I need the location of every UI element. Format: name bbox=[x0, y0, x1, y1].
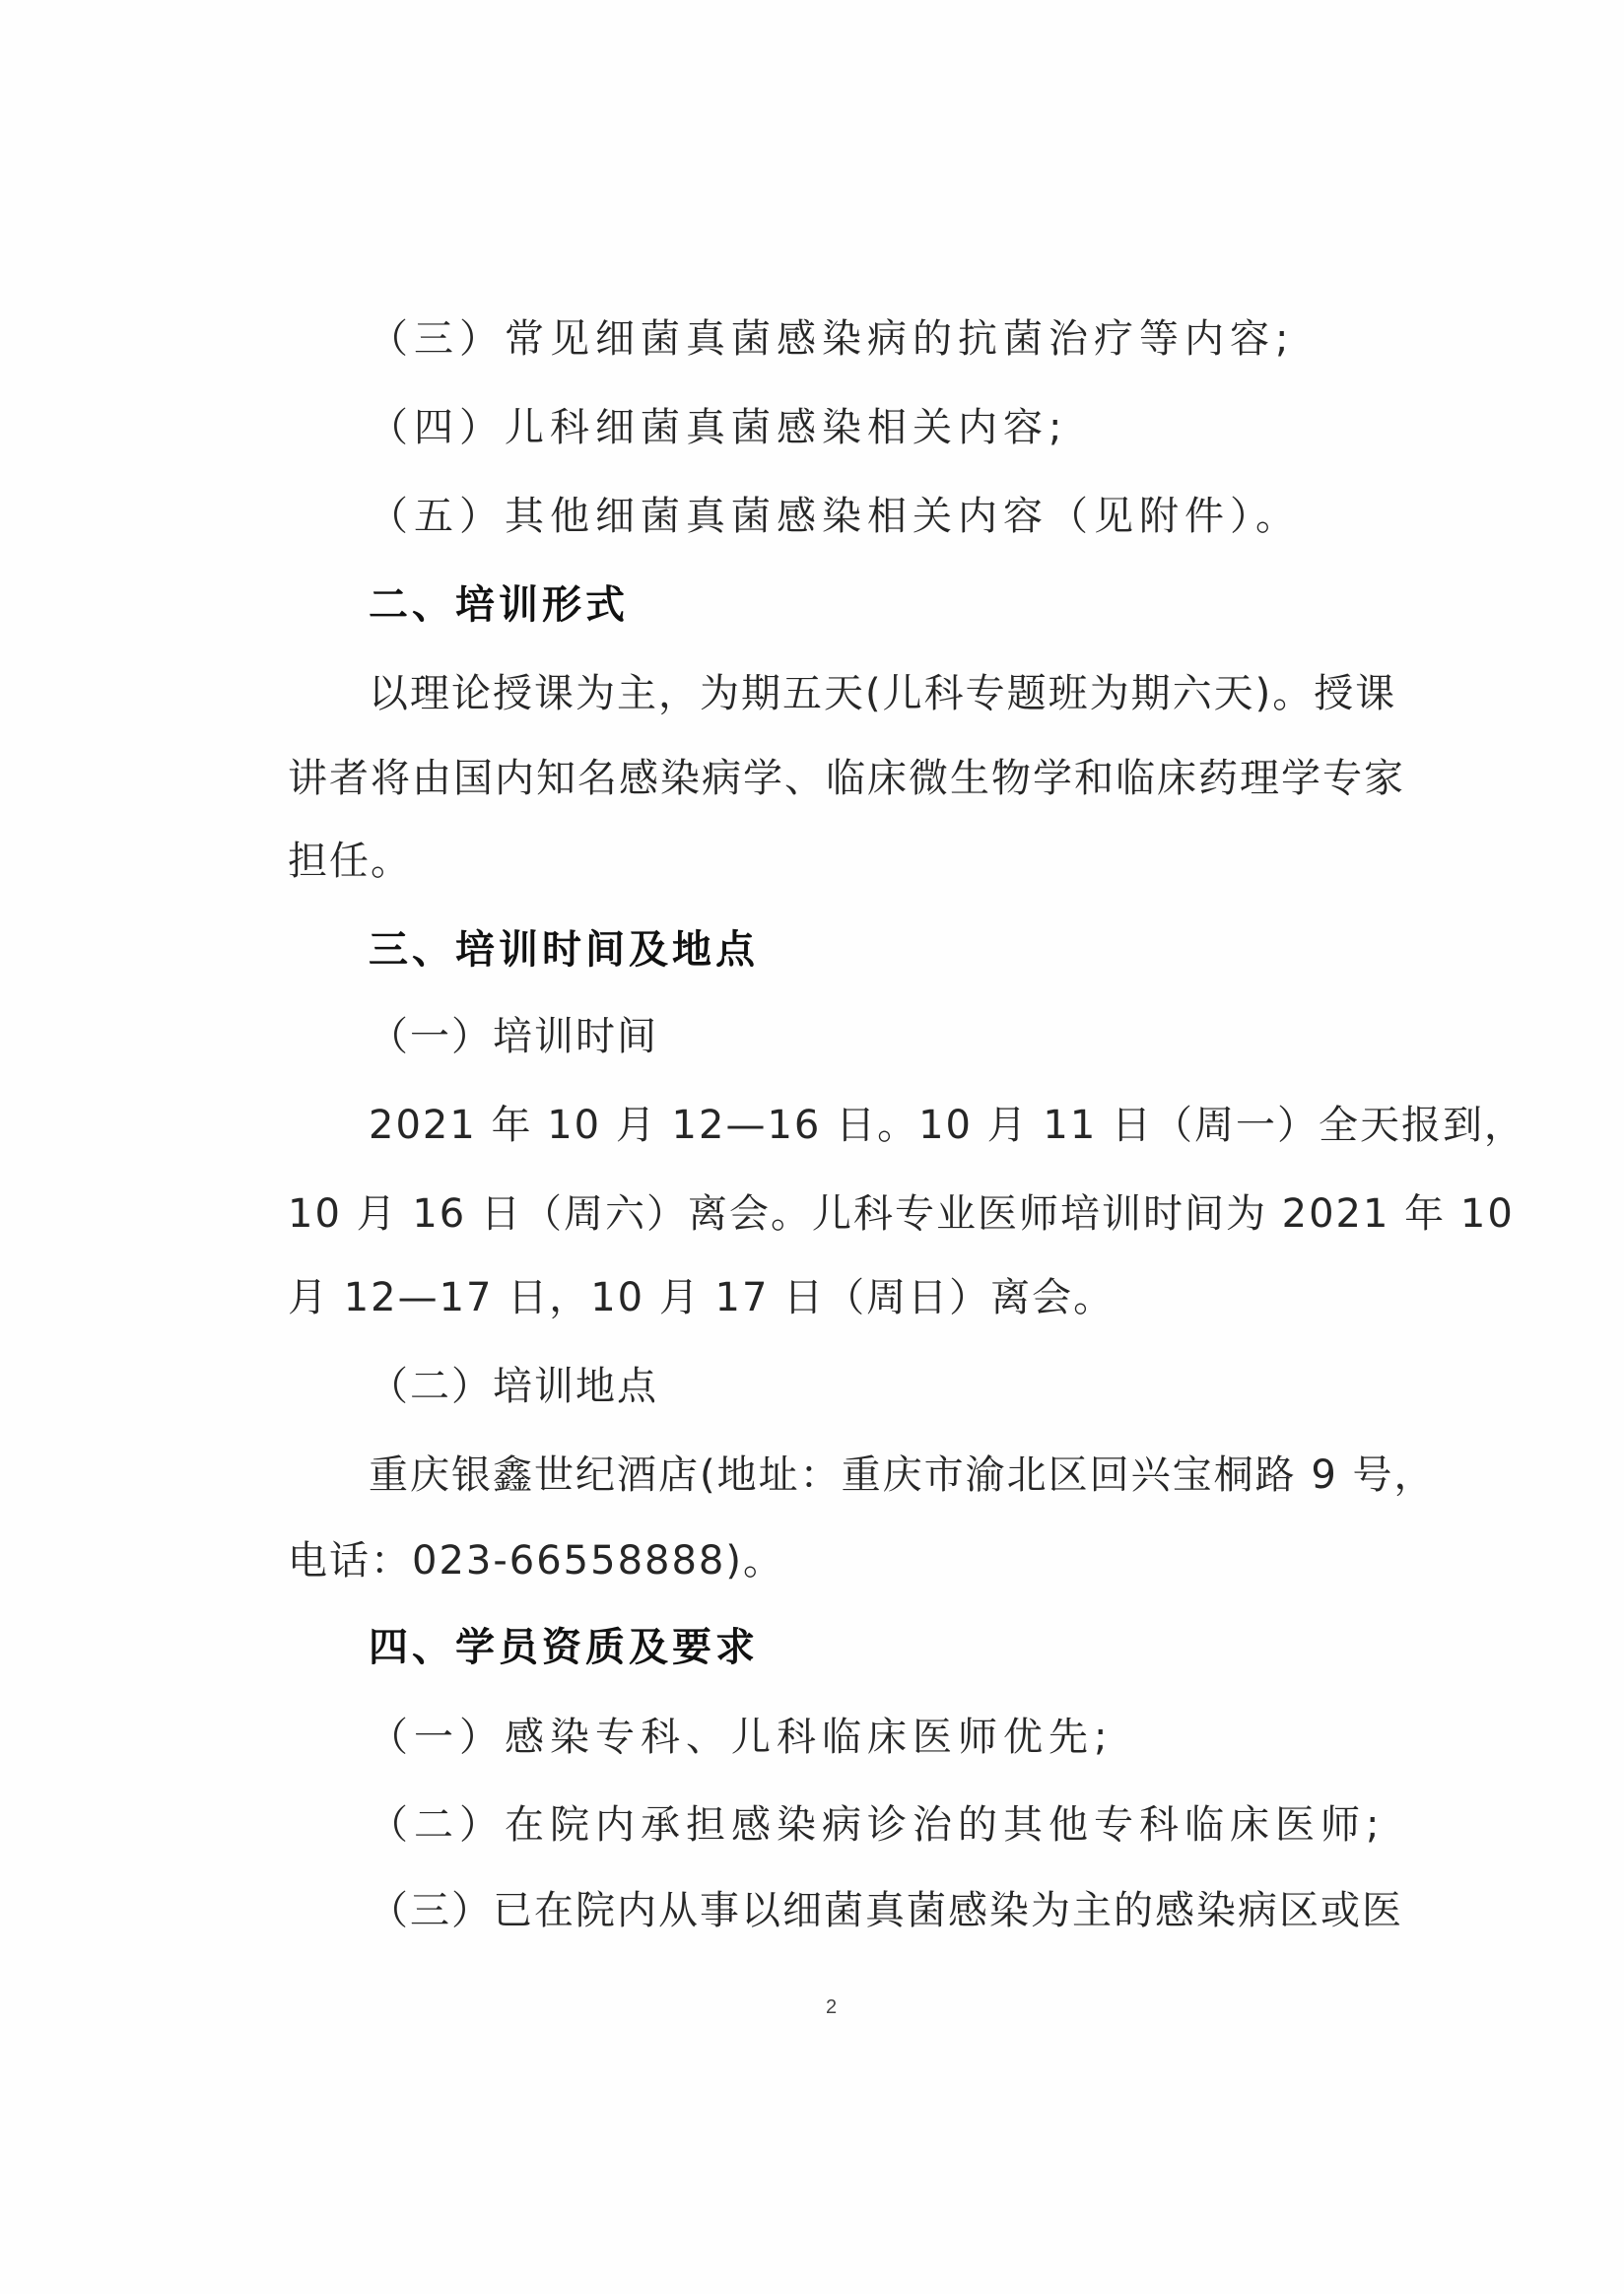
requirement-item: （一）感染专科、儿科临床医师优先; bbox=[369, 1712, 1453, 1763]
requirement-item: （三）已在院内从事以细菌真菌感染为主的感染病区或医 bbox=[369, 1885, 1367, 1936]
section-heading-training-format: 二、培训形式 bbox=[369, 579, 1453, 631]
paragraph-line: 讲者将由国内知名感染病学、临床微生物学和临床药理学专家 bbox=[288, 753, 1367, 804]
paragraph-line: 月 12—17 日，10 月 17 日（周日）离会。 bbox=[288, 1272, 1372, 1323]
paragraph-line: 以理论授课为主，为期五天(儿科专题班为期六天)。授课 bbox=[369, 668, 1367, 719]
paragraph-line: 担任。 bbox=[288, 836, 1372, 887]
content-item-3: （三）常见细菌真菌感染病的抗菌治疗等内容; bbox=[369, 313, 1453, 365]
paragraph-line: 重庆银鑫世纪酒店(地址：重庆市渝北区回兴宝桐路 9 号， bbox=[369, 1450, 1367, 1501]
section-heading-requirements: 四、学员资质及要求 bbox=[369, 1622, 1453, 1673]
content-item-4: （四）儿科细菌真菌感染相关内容; bbox=[369, 402, 1453, 453]
content-item-5: （五）其他细菌真菌感染相关内容（见附件）。 bbox=[369, 491, 1453, 542]
document-page: （三）常见细菌真菌感染病的抗菌治疗等内容; （四）儿科细菌真菌感染相关内容; （… bbox=[0, 0, 1624, 2294]
page-number: 2 bbox=[826, 1996, 837, 2019]
section-heading-time-location: 三、培训时间及地点 bbox=[369, 924, 1453, 976]
paragraph-line: 2021 年 10 月 12—16 日。10 月 11 日（周一）全天报到， bbox=[369, 1100, 1367, 1151]
subsection-heading-time: （一）培训时间 bbox=[369, 1011, 1453, 1062]
subsection-heading-location: （二）培训地点 bbox=[369, 1361, 1453, 1412]
paragraph-line: 电话：023-66558888)。 bbox=[288, 1535, 1372, 1586]
requirement-item: （二）在院内承担感染病诊治的其他专科临床医师; bbox=[369, 1799, 1453, 1851]
paragraph-line: 10 月 16 日（周六）离会。儿科专业医师培训时间为 2021 年 10 bbox=[288, 1188, 1367, 1240]
